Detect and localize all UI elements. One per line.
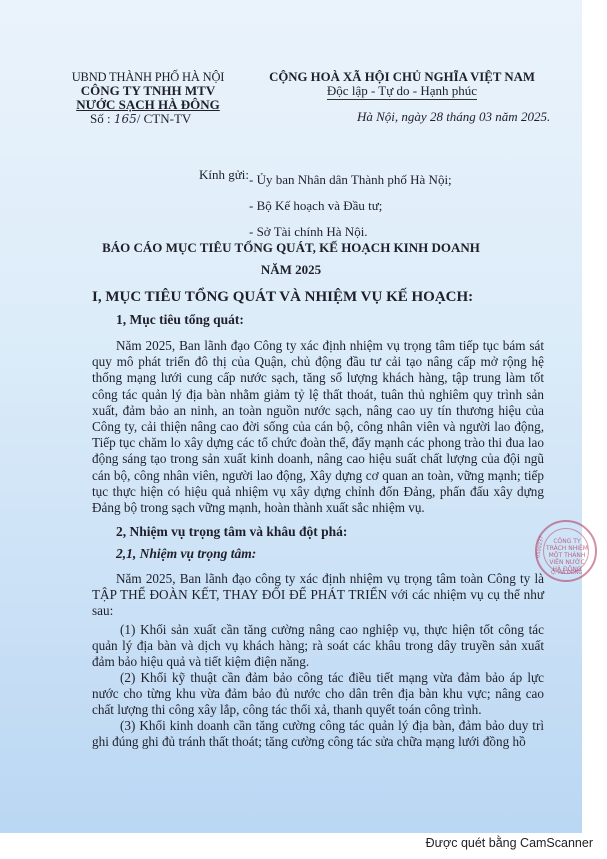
issuer-authority: UBND THÀNH PHỐ HÀ NỘI [68,70,228,84]
stamp-bottom-text: Q. HÀ ĐÔNG [551,570,582,576]
doc-number-suffix: / CTN-TV [137,111,192,126]
task-paragraph: (2) Khối kỹ thuật cần đảm bảo công tác đ… [92,670,544,719]
doc-number-label: Số : [90,111,114,126]
scanned-page: UBND THÀNH PHỐ HÀ NỘI CÔNG TY TNHH MTV N… [0,0,582,833]
addressee-item: - Bộ Kế hoạch và Đầu tư; [249,193,452,219]
issuer-block: UBND THÀNH PHỐ HÀ NỘI CÔNG TY TNHH MTV N… [68,70,228,126]
addressee-item: - Ủy ban Nhân dân Thành phố Hà Nội; [249,167,452,193]
subsection-heading: 1, Mục tiêu tổng quát: [116,312,244,328]
national-heading: CỘNG HOÀ XÃ HỘI CHỦ NGHĨA VIỆT NAM Độc l… [252,70,552,100]
issuer-company-line2: NƯỚC SẠCH HÀ ĐÔNG [68,98,228,112]
document-number: Số : 165/ CTN-TV [68,112,228,126]
national-motto: Độc lập - Tự do - Hạnh phúc [327,84,477,100]
addressee-list: - Ủy ban Nhân dân Thành phố Hà Nội; - Bộ… [249,167,452,245]
stamp-text: CÔNG TY TRÁCH NHIỆM MỘT THÀNH VIÊN NƯỚC … [545,538,589,573]
subsection-heading-italic: 2,1, Nhiệm vụ trọng tâm: [116,546,256,562]
scanner-watermark: Được quét bằng CamScanner [426,836,593,850]
report-title-line2: NĂM 2025 [0,262,582,278]
section-heading: I, MỤC TIÊU TỔNG QUÁT VÀ NHIỆM VỤ KẾ HOẠ… [92,289,473,306]
nation-title: CỘNG HOÀ XÃ HỘI CHỦ NGHĨA VIỆT NAM [252,70,552,84]
report-title-line1: BÁO CÁO MỤC TIÊU TỔNG QUÁT, KẾ HOẠCH KIN… [0,240,582,256]
place-date: Hà Nội, ngày 28 tháng 03 năm 2025. [357,109,550,125]
general-objective-paragraph: Năm 2025, Ban lãnh đạo Công ty xác định … [92,338,544,516]
issuer-company-line1: CÔNG TY TNHH MTV [68,84,228,98]
doc-number-value: 165 [114,112,137,126]
addressee-label: Kính gửi: [199,167,249,183]
subsection-heading: 2, Nhiệm vụ trọng tâm và khâu đột phá: [116,524,347,540]
task-paragraph: (1) Khối sản xuất cần tăng cường nâng ca… [92,622,544,671]
company-seal-stamp: 0500237 CÔNG TY TRÁCH NHIỆM MỘT THÀNH VI… [535,520,597,582]
key-tasks-intro-paragraph: Năm 2025, Ban lãnh đạo công ty xác định … [92,571,544,620]
task-paragraph: (3) Khối kinh doanh cần tăng cường công … [92,718,544,750]
